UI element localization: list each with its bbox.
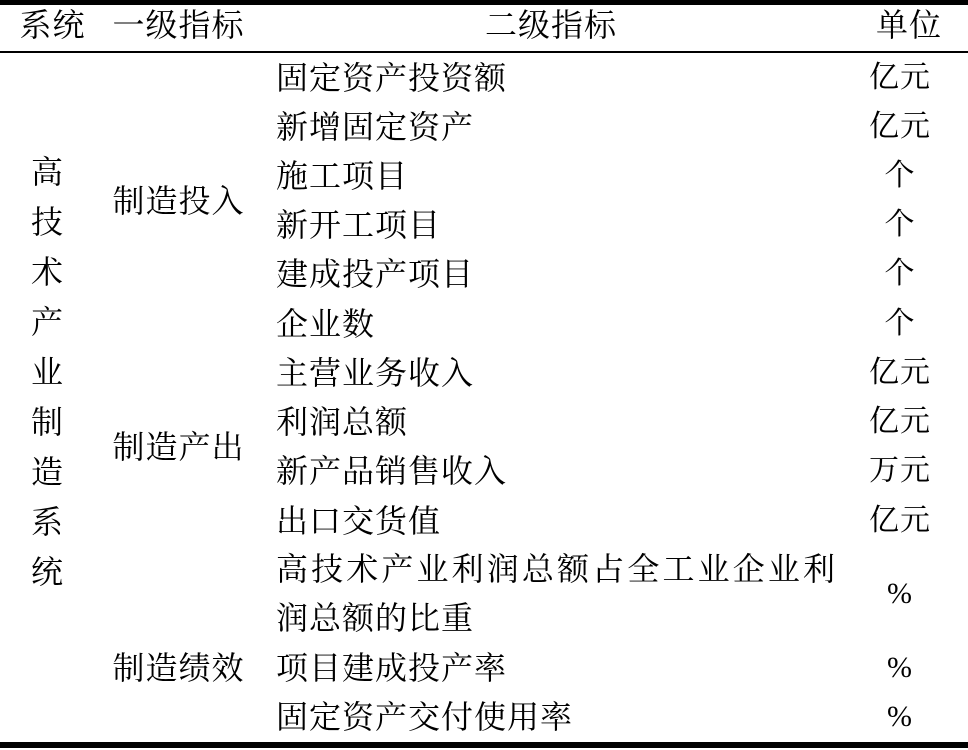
indicator-unit: 亿元 bbox=[850, 102, 968, 151]
indicator-unit: 个 bbox=[850, 250, 968, 299]
indicator-unit: 亿元 bbox=[850, 348, 968, 397]
header-system: 系统 bbox=[0, 5, 105, 51]
system-char: 业 bbox=[31, 347, 64, 397]
header-level2-indicator: 二级指标 bbox=[252, 5, 850, 51]
indicator-name: 项目建成投产率 bbox=[252, 644, 850, 693]
indicator-unit: 亿元 bbox=[850, 496, 968, 545]
table-bottom-rule bbox=[0, 742, 968, 748]
indicator-unit: 万元 bbox=[850, 447, 968, 496]
system-char: 产 bbox=[31, 297, 64, 347]
indicator-unit: 个 bbox=[850, 299, 968, 348]
group-label-manufacturing-performance: 制造绩效 bbox=[105, 594, 252, 742]
indicator-name: 固定资产投资额 bbox=[252, 53, 850, 102]
table-header-row: 系统 一级指标 二级指标 单位 bbox=[0, 5, 968, 51]
system-char: 造 bbox=[31, 447, 64, 497]
indicator-name: 施工项目 bbox=[252, 151, 850, 200]
group-label-manufacturing-input: 制造投入 bbox=[105, 53, 252, 348]
indicator-name: 建成投产项目 bbox=[252, 250, 850, 299]
indicator-name: 新产品销售收入 bbox=[252, 447, 850, 496]
system-char: 术 bbox=[31, 247, 64, 297]
indicator-unit: % bbox=[850, 545, 968, 643]
system-char: 制 bbox=[31, 397, 64, 447]
indicator-name: 主营业务收入 bbox=[252, 348, 850, 397]
indicator-name: 新开工项目 bbox=[252, 201, 850, 250]
indicator-name: 利润总额 bbox=[252, 398, 850, 447]
indicator-unit: 个 bbox=[850, 201, 968, 250]
system-char: 高 bbox=[31, 147, 64, 197]
indicator-name: 出口交货值 bbox=[252, 496, 850, 545]
indicator-unit: % bbox=[850, 693, 968, 742]
group-label-manufacturing-output: 制造产出 bbox=[105, 348, 252, 545]
indicator-name: 高技术产业利润总额占全工业企业利润总额的比重 bbox=[252, 545, 836, 643]
header-unit: 单位 bbox=[850, 5, 968, 51]
indicator-name: 企业数 bbox=[252, 299, 850, 348]
indicator-name: 新增固定资产 bbox=[252, 102, 850, 151]
header-level1-indicator: 一级指标 bbox=[105, 5, 252, 51]
system-char: 系 bbox=[31, 497, 64, 547]
indicator-name: 固定资产交付使用率 bbox=[252, 693, 850, 742]
indicator-unit: 亿元 bbox=[850, 398, 968, 447]
indicator-unit: 个 bbox=[850, 151, 968, 200]
system-char: 技 bbox=[31, 197, 64, 247]
system-char: 统 bbox=[31, 547, 64, 597]
indicator-unit: % bbox=[850, 644, 968, 693]
table-body: 高 技 术 产 业 制 造 系 统 制造投入 制造产出 制造绩效 固定资产投资额… bbox=[0, 53, 968, 742]
indicator-unit: 亿元 bbox=[850, 53, 968, 102]
system-label-vertical: 高 技 术 产 业 制 造 系 统 bbox=[0, 53, 100, 742]
indicator-table: 系统 一级指标 二级指标 单位 高 技 术 产 业 制 造 系 统 制造投入 制… bbox=[0, 0, 968, 750]
